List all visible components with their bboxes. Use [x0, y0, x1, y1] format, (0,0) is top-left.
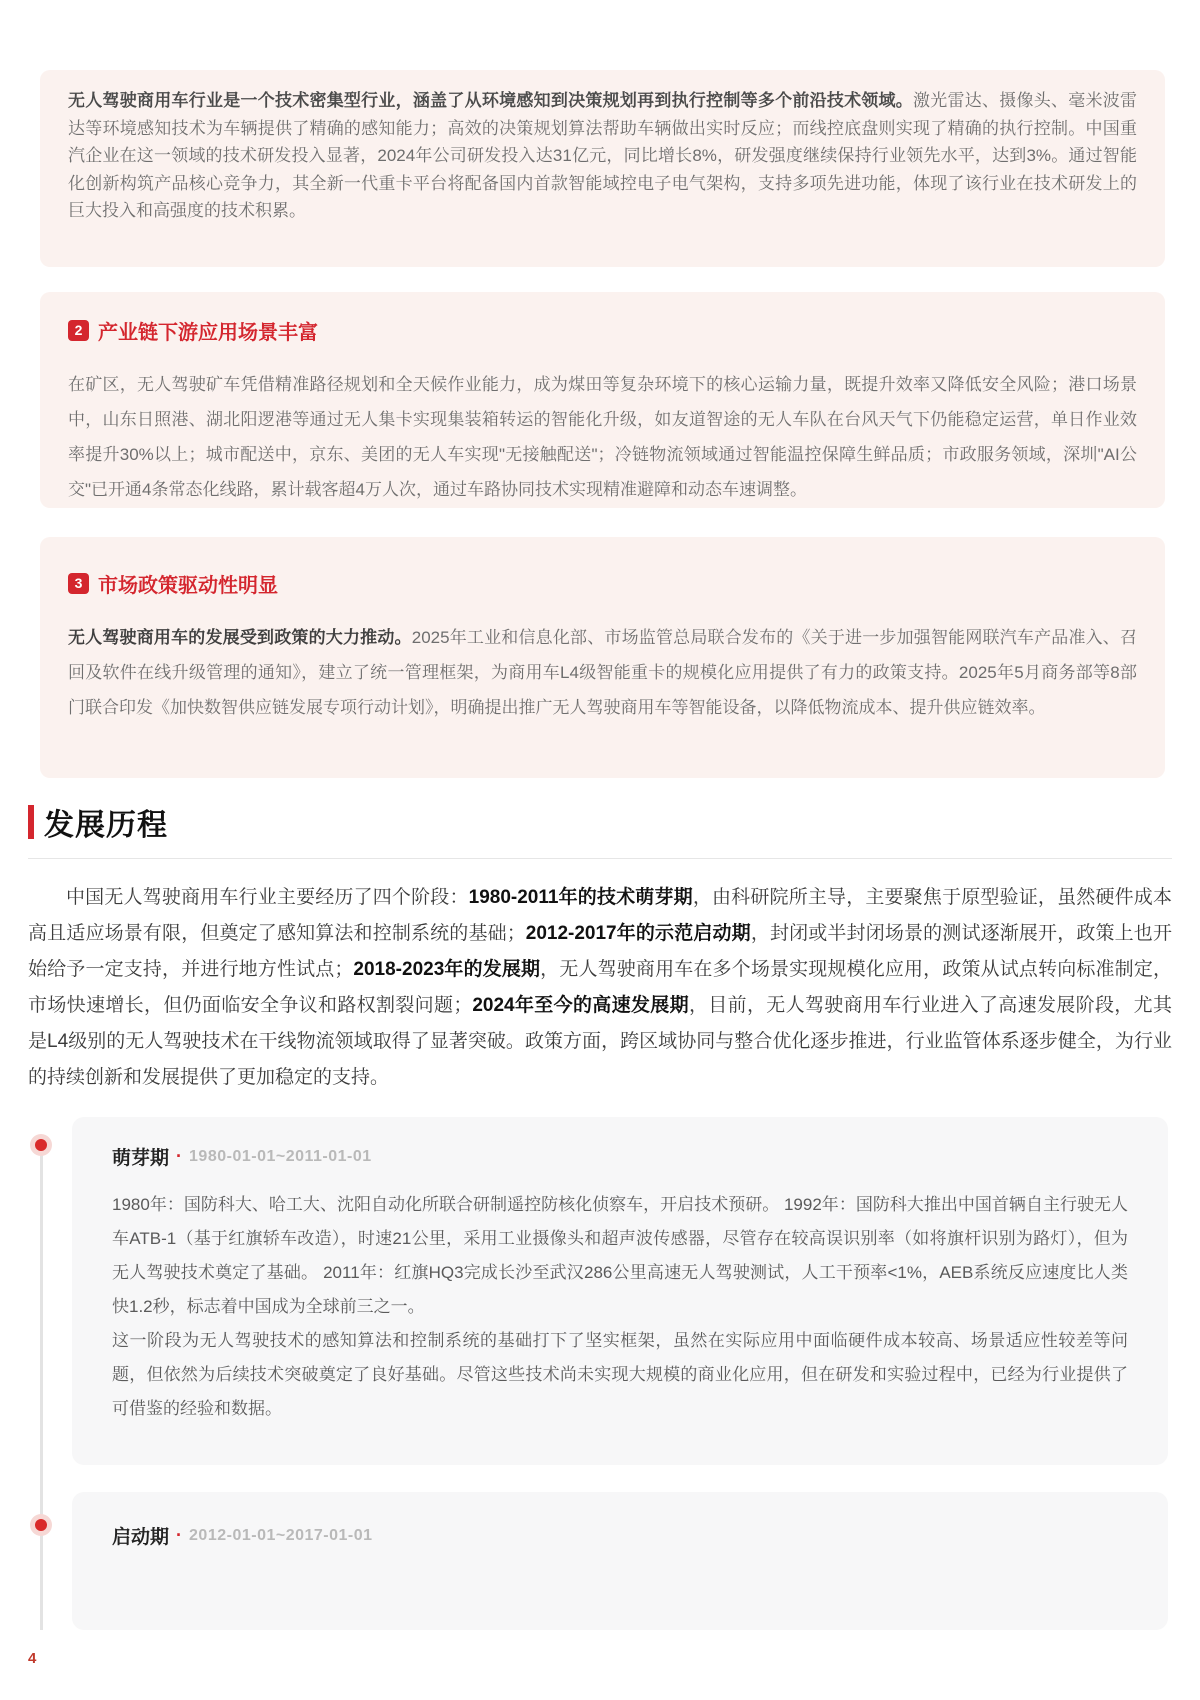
section-card-policy-driven: 3 市场政策驱动性明显 无人驾驶商用车的发展受到政策的大力推动。2025年工业和… [40, 537, 1165, 778]
intro-highlight-card: 无人驾驶商用车行业是一个技术密集型行业，涵盖了从环境感知到决策规划再到执行控制等… [40, 70, 1165, 267]
timeline-dot [30, 1134, 52, 1156]
intro-lead-text: 无人驾驶商用车行业是一个技术密集型行业，涵盖了从环境感知到决策规划再到执行控制等… [68, 91, 913, 110]
timeline-item-title: 启动期 [112, 1522, 169, 1549]
timeline-item-date-range: 1980-01-01~2011-01-01 [189, 1148, 372, 1166]
title-date-separator: · [176, 1146, 182, 1167]
section-number-badge: 3 [68, 573, 89, 594]
history-heading-row: 发展历程 [28, 800, 168, 844]
intro-body-text: 激光雷达、摄像头、毫米波雷达等环境感知技术为车辆提供了精确的感知能力；高效的决策… [68, 91, 1137, 220]
timeline-item-header: 萌芽期 · 1980-01-01~2011-01-01 [112, 1143, 1128, 1170]
intro-paragraph: 无人驾驶商用车行业是一个技术密集型行业，涵盖了从环境感知到决策规划再到执行控制等… [68, 87, 1137, 225]
heading-accent-bar [28, 805, 34, 839]
heading-divider [28, 858, 1172, 859]
timeline-line [40, 1145, 43, 1630]
timeline-item-germination: 萌芽期 · 1980-01-01~2011-01-01 1980年：国防科大、哈… [72, 1117, 1168, 1465]
section-title-row: 2 产业链下游应用场景丰富 [68, 316, 1137, 345]
timeline-item-startup: 启动期 · 2012-01-01~2017-01-01 [72, 1492, 1168, 1630]
section-card-downstream-scenarios: 2 产业链下游应用场景丰富 在矿区，无人驾驶矿车凭借精准路径规划和全天候作业能力… [40, 292, 1165, 508]
title-date-separator: · [176, 1525, 182, 1546]
timeline-dot [30, 1514, 52, 1536]
timeline-paragraph: 这一阶段为无人驾驶技术的感知算法和控制系统的基础打下了坚实框架，虽然在实际应用中… [112, 1324, 1128, 1426]
section-lead-text: 无人驾驶商用车的发展受到政策的大力推动。 [68, 628, 412, 647]
timeline-paragraph: 1980年：国防科大、哈工大、沈阳自动化所联合研制遥控防核化侦察车，开启技术预研… [112, 1188, 1128, 1324]
section-title: 市场政策驱动性明显 [98, 569, 278, 598]
page-number: 4 [28, 1650, 36, 1667]
section-body-text: 在矿区，无人驾驶矿车凭借精准路径规划和全天候作业能力，成为煤田等复杂环境下的核心… [68, 375, 1137, 499]
section-body: 无人驾驶商用车的发展受到政策的大力推动。2025年工业和信息化部、市场监管总局联… [68, 620, 1137, 725]
history-overview-paragraph: 中国无人驾驶商用车行业主要经历了四个阶段：1980-2011年的技术萌芽期，由科… [28, 880, 1172, 1096]
timeline-item-date-range: 2012-01-01~2017-01-01 [189, 1527, 373, 1545]
section-title-row: 3 市场政策驱动性明显 [68, 569, 1137, 598]
section-number-badge: 2 [68, 320, 89, 341]
timeline-item-header: 启动期 · 2012-01-01~2017-01-01 [112, 1522, 1128, 1549]
timeline-item-body: 1980年：国防科大、哈工大、沈阳自动化所联合研制遥控防核化侦察车，开启技术预研… [112, 1188, 1128, 1426]
timeline-item-title: 萌芽期 [112, 1143, 169, 1170]
section-body: 在矿区，无人驾驶矿车凭借精准路径规划和全天候作业能力，成为煤田等复杂环境下的核心… [68, 367, 1137, 507]
section-title: 产业链下游应用场景丰富 [98, 316, 318, 345]
page-title: 发展历程 [44, 800, 168, 844]
